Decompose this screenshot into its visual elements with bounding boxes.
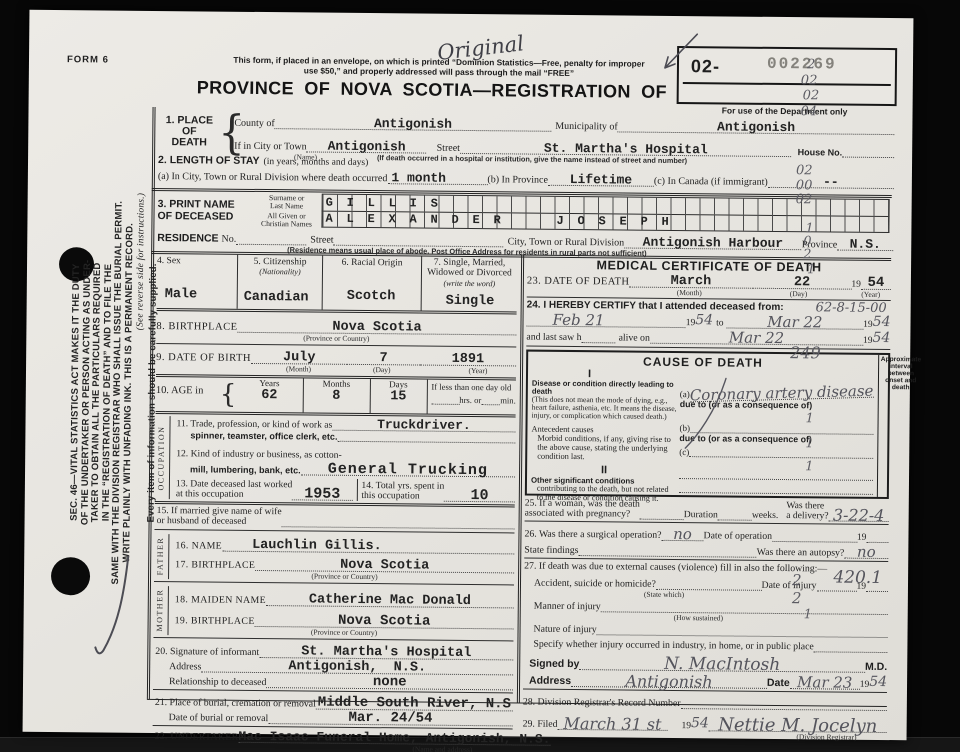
s4-label: 4. Sex <box>157 254 237 267</box>
row-20: 20. Signature of informant St. Martha's … <box>153 638 513 693</box>
s14-label: 14. Total yrs. spent in this occupation <box>361 481 444 502</box>
s13-value: 1953 <box>292 488 352 501</box>
residence-no-value <box>236 244 306 246</box>
form-number: FORM 6 <box>67 54 109 65</box>
residence-city-label: City, Town or Rural Division <box>504 236 625 248</box>
s7-value: Single <box>446 294 495 309</box>
s1-house-label: House No. <box>792 147 843 157</box>
s5-label: 5. Citizenship <box>238 255 322 268</box>
row-21: 21. Place of burial, cremation or remova… <box>153 690 513 729</box>
cause-a-value: Coronary artery disease <box>690 386 874 403</box>
s11-label-2: spinner, teamster, office clerk, etc. <box>190 430 337 441</box>
s2-b-value: Lifetime <box>548 174 654 187</box>
certificate-paper: FORM 6 SEC. 46—VITAL STATISTICS ACT MAKE… <box>23 10 914 740</box>
s17-value: Nova Scotia <box>255 559 514 573</box>
s24-last-label: and last saw h <box>526 332 581 344</box>
s1-city-value: Antigonish <box>307 140 427 153</box>
scanned-death-certificate: { "page": { "form_no": "FORM 6", "mail_n… <box>0 0 960 752</box>
s10-less-label: If less than one day old <box>431 380 516 393</box>
s9-day-note: (Day) <box>373 365 391 374</box>
s2-c-label: (c) In Canada (if immigrant) <box>654 176 768 188</box>
signed-md: M.D. <box>865 661 887 673</box>
s1-label: 1. PLACE OF DEATH <box>158 115 220 149</box>
cause-title: CAUSE OF DEATH <box>532 354 874 371</box>
s1-city-label: If in City or Town <box>234 141 307 153</box>
s3-label: 3. PRINT NAME OF DECEASED <box>157 198 253 223</box>
signed-label: Signed by <box>529 658 579 670</box>
s2-label: 2. LENGTH OF STAY <box>158 154 260 167</box>
s2-b-label: (b) In Province <box>487 174 548 186</box>
row-4-7: 4. Sex Male 5. Citizenship (Nationality)… <box>157 254 518 314</box>
s4-value: Male <box>165 287 198 302</box>
page-title: PROVINCE OF NOVA SCOTIA—REGISTRATION OF … <box>197 77 677 103</box>
cause-of-death-box: CAUSE OF DEATH I Disease or condition di… <box>525 350 890 499</box>
s7-note: (write the word) <box>422 278 517 288</box>
s23-year-note: (Year) <box>861 290 880 299</box>
s9-year: 1891 <box>420 354 517 367</box>
s10-months-label: Months <box>303 378 369 389</box>
s23-day: 22 <box>752 277 851 290</box>
row-10: 10. AGE in { Years 62 Months 8 Days 15 I… <box>156 377 516 417</box>
s20-rel-label: Relationship to deceased <box>169 676 267 688</box>
s7-label: 7. Single, Married, Widowed or Divorced <box>422 257 517 280</box>
stamp-divider <box>683 82 891 86</box>
s3-surname-label: Surname or Last Name <box>256 194 318 210</box>
s17-label: 17. BIRTHPLACE <box>175 559 255 571</box>
row-23: 23. DATE OF DEATH March 22 19 54 (Month)… <box>527 272 891 301</box>
s24-last-label2: alive on <box>616 332 650 343</box>
s19-label: 19. BIRTHPLACE <box>175 615 255 627</box>
s14-value: 10 <box>444 490 515 503</box>
s3-given-label: All Given or Christian Names <box>255 212 317 228</box>
s26-autopsy: no <box>844 547 888 559</box>
signed-date: Mar 23 <box>790 677 860 690</box>
s13-label: 13. Date deceased last worked at this oc… <box>176 479 293 500</box>
s9-label: 9. DATE OF BIRTH <box>156 352 251 364</box>
s10-years-label: Years <box>236 378 302 389</box>
s10-months: 8 <box>303 388 369 404</box>
s20-address-label: Address <box>169 661 201 672</box>
occupation-vertical-label: OCCUPATION <box>156 425 166 490</box>
s23-day-note: (Day) <box>790 289 808 298</box>
s2-c-value: -- <box>768 176 894 189</box>
row-8: 8. BIRTHPLACE Nova Scotia (Province or C… <box>156 311 516 347</box>
row-29: 29. Filed March 31 st 19 54 Nettie M. Jo… <box>523 708 887 733</box>
row-15: 15. If married give name of wife or husb… <box>154 504 514 533</box>
stamp-box: 02- 002269 <box>677 46 898 106</box>
section-length-of-stay: 2. LENGTH OF STAY (in years, months and … <box>158 154 894 189</box>
s5-value: Canadian <box>244 290 309 306</box>
s8-label: 8. BIRTHPLACE <box>156 321 237 333</box>
s23-year-printed: 19 <box>851 280 861 290</box>
row-9: 9. DATE OF BIRTH July 7 1891 (Month) (Da… <box>156 344 516 375</box>
s3-surname-value: G I L L I S <box>326 196 442 211</box>
residence-street-label: Street <box>306 234 333 245</box>
s6-value: Scotch <box>347 289 396 304</box>
s10-label: 10. AGE in <box>156 377 220 412</box>
s22-value: Mac Isaac Funeral Home, Antigonish, N.S. <box>238 731 550 746</box>
s24-to-label: to <box>713 318 726 328</box>
row-25: 25. If a woman, was the death associated… <box>525 496 889 525</box>
left-column: 4. Sex Male 5. Citizenship (Nationality)… <box>152 254 517 752</box>
s29-date: March 31 st <box>557 718 667 731</box>
s9-month: July <box>251 352 348 365</box>
s1-municipality-label: Municipality of <box>551 121 618 133</box>
right-column: MEDICAL CERTIFICATE OF DEATH 23. DATE OF… <box>523 258 892 742</box>
residence-province-value: N.S. <box>837 239 893 252</box>
margin-annotations: 2 02 02 04 02 00 02 1 0 2 1 249 1 1 1 2 … <box>29 10 913 18</box>
signed-address: Antigonish <box>571 675 767 689</box>
row-22: 22. UNDERTAKER Mac Isaac Funeral Home, A… <box>152 726 512 752</box>
cause-interval-column: Approximate interval between onset and d… <box>877 355 924 497</box>
cause-interval-label: Approximate interval between onset and d… <box>881 356 922 391</box>
signed-address-label: Address <box>529 675 571 687</box>
s25-delivery-label: Was there a delivery? <box>778 501 829 521</box>
s10-days-label: Days <box>370 379 426 390</box>
s24-last: Mar 22 <box>650 332 863 346</box>
s9-month-note: (Month) <box>286 364 311 373</box>
s21-date-label: Date of burial or removal <box>169 712 269 724</box>
s10-years: 62 <box>236 388 302 404</box>
mother-group: MOTHER 18. MAIDEN NAME Catherine Mac Don… <box>153 582 514 641</box>
s16-value: Lauchlin Gillis. <box>222 540 514 555</box>
s10-brace: { <box>220 378 237 412</box>
s23-month-note: (Month) <box>677 288 702 297</box>
mother-vertical-label: MOTHER <box>155 588 164 631</box>
residence-label: RESIDENCE <box>157 232 218 245</box>
s15-label: 15. If married give name of wife or husb… <box>157 506 282 527</box>
s1-street-label: Street <box>427 143 460 154</box>
occupation-group: OCCUPATION 11. Trade, profession, or kin… <box>155 414 516 507</box>
s1-municipality-value: Antigonish <box>618 120 895 135</box>
s26-op: no <box>661 529 703 541</box>
s12-value: General Trucking <box>301 463 516 477</box>
s2-a-value: 1 month <box>387 172 487 185</box>
s27-specify-label: Specify whether injury occurred in indus… <box>533 639 813 653</box>
s20-rel-value: none <box>266 676 513 690</box>
s25-label: 25. If a woman, was the death associated… <box>525 499 640 520</box>
s22-label: 22. UNDERTAKER <box>154 731 238 743</box>
signed-block: Signed by N. MacIntosh M.D. Address Anti… <box>523 651 887 693</box>
s12-label-2: mill, lumbering, bank, etc. <box>190 464 301 475</box>
father-vertical-label: FATHER <box>156 536 165 575</box>
s23-year: 54 <box>861 278 891 290</box>
s16-label: 16. NAME <box>175 540 222 551</box>
s18-value: Catherine Mac Donald <box>266 594 514 608</box>
s6-label: 6. Racial Origin <box>323 256 421 269</box>
residence-no-label: No. <box>219 234 237 245</box>
s21-value: Middle South River, N.S <box>316 698 513 712</box>
s19-value: Nova Scotia <box>255 615 514 629</box>
s29-label: 29. Filed <box>523 719 558 730</box>
s1-county-label: County of <box>234 118 274 129</box>
cause-antecedent-2: Morbid conditions, if any, giving rise t… <box>531 434 677 462</box>
cause-disease-note: (This does not mean the mode of dying, e… <box>532 396 678 421</box>
row-27: 27. If death was due to external causes … <box>523 559 888 654</box>
stamp-prefix: 02- <box>691 56 720 77</box>
s5-note: (Nationality) <box>238 267 322 277</box>
row-26: 26. Was there a surgical operation? no D… <box>524 522 888 562</box>
residence-city-value: Antigonish Harbour <box>624 236 802 250</box>
s18-label: 18. MAIDEN NAME <box>175 594 266 606</box>
s21-date-value: Mar. 24/54 <box>268 712 513 726</box>
s9-year-note: (Year) <box>468 366 487 375</box>
row-24: 24. I HEREBY CERTIFY that I attended dec… <box>526 298 890 350</box>
signed-date-label: Date <box>767 677 790 689</box>
father-group: FATHER 16. NAME Lauchlin Gillis. 17. BIR… <box>154 530 514 585</box>
s9-day: 7 <box>347 353 419 366</box>
stamp-number: 002269 <box>767 55 837 74</box>
s25-hw: 3-22-4 <box>829 509 889 522</box>
s10-hrs-label: hrs. or <box>459 395 481 405</box>
s2-a-label: (a) In City, Town or Rural Division wher… <box>158 171 388 184</box>
stamp-note: For use of the Department only <box>677 105 893 117</box>
s29-registrar: Nettie M. Jocelyn <box>709 719 887 733</box>
s3-given-value: A L E X A N D E R J O S E P H <box>325 212 672 229</box>
s10-days: 15 <box>370 389 426 405</box>
s10-min-label: min. <box>500 395 516 405</box>
s1-county-value: Antigonish <box>275 117 552 132</box>
